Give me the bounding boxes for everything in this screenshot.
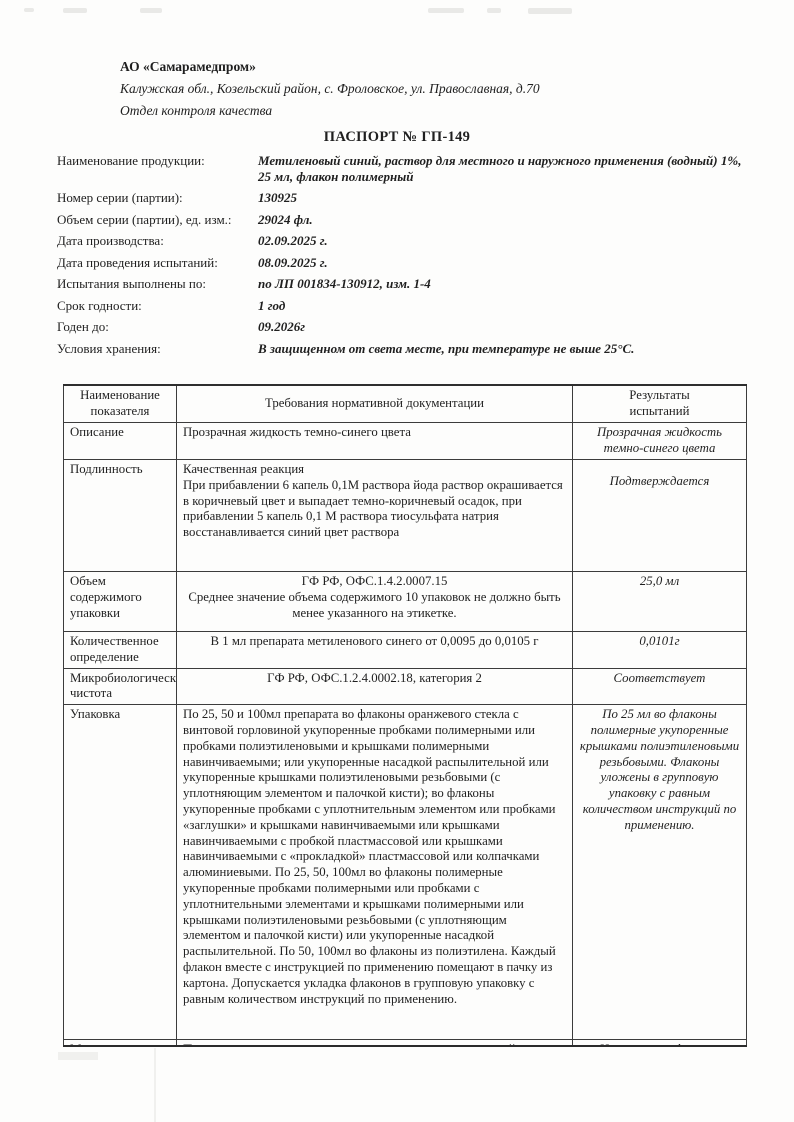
result-text: Подтверждается [573,460,747,572]
indicator-name: Описание [64,423,177,460]
field-label: Номер серии (партии): [57,190,258,206]
table-row-volume: Объем содержимого упаковки ГФ РФ, ОФС.1.… [64,572,747,632]
result-text: 0,0101г [573,632,747,669]
product-fields: Наименование продукции: Метиленовый сини… [57,153,749,362]
company-department: Отдел контроля качества [120,100,720,122]
field-label: Объем серии (партии), ед. изм.: [57,212,258,228]
qc-table-region: Наименование показателя Требования норма… [63,384,747,1047]
scan-artifact [487,8,501,13]
table-header-row: Наименование показателя Требования норма… [64,385,747,423]
field-value: 02.09.2025 г. [258,233,749,249]
scan-artifact [140,8,162,13]
field-label: Испытания выполнены по: [57,276,258,292]
field-value: 08.09.2025 г. [258,255,749,271]
table-row-packaging: Упаковка По 25, 50 и 100мл препарата во … [64,705,747,1040]
field-row: Номер серии (партии): 130925 [57,190,749,206]
field-row: Испытания выполнены по: по ЛП 001834-130… [57,276,749,292]
requirement-text: Качественная реакция При прибавлении 6 к… [177,460,573,572]
indicator-name: Объем содержимого упаковки [64,572,177,632]
field-label: Годен до: [57,319,258,335]
requirement-text: Прозрачная жидкость темно-синего цвета [177,423,573,460]
company-name: АО «Самарамедпром» [120,56,720,78]
field-row: Дата производства: 02.09.2025 г. [57,233,749,249]
scan-artifact [24,8,34,12]
indicator-name: Количественное определение [64,632,177,669]
field-label: Дата производства: [57,233,258,249]
qc-table: Наименование показателя Требования норма… [63,384,747,1047]
col-header-indicator: Наименование показателя [64,385,177,423]
scan-artifact [63,8,87,13]
scan-artifact [428,8,464,13]
field-value: Метиленовый синий, раствор для местного … [258,153,749,184]
field-label: Срок годности: [57,298,258,314]
field-value: 29024 фл. [258,212,749,228]
indicator-name: Микробиологическая чистота [64,668,177,705]
document-title: ПАСПОРТ № ГП-149 [0,129,794,146]
field-label: Дата проведения испытаний: [57,255,258,271]
field-row: Годен до: 09.2026г [57,319,749,335]
field-row: Условия хранения: В защищенном от света … [57,341,749,357]
result-text: По 25 мл во флаконы полимерные укупоренн… [573,705,747,1040]
result-text: 25,0 мл [573,572,747,632]
requirement-text: ГФ РФ, ОФС.1.4.2.0007.15 Среднее значени… [177,572,573,632]
scanned-document-page: АО «Самарамедпром» Калужская обл., Козел… [0,0,794,1122]
field-value: 09.2026г [258,319,749,335]
field-value: по ЛП 001834-130912, изм. 1-4 [258,276,749,292]
requirement-text: ГФ РФ, ОФС.1.2.4.0002.18, категория 2 [177,668,573,705]
col-header-results: Результаты испытаний [573,385,747,423]
field-value: В защищенном от света месте, при темпера… [258,341,749,357]
col-header-requirements: Требования нормативной документации [177,385,573,423]
field-value: 130925 [258,190,749,206]
letterhead: АО «Самарамедпром» Калужская обл., Козел… [120,56,720,122]
field-label: Условия хранения: [57,341,258,357]
result-text: Соответствует [573,668,747,705]
company-address: Калужская обл., Козельский район, с. Фро… [120,78,720,100]
table-row-description: Описание Прозрачная жидкость темно-синег… [64,423,747,460]
indicator-name: Упаковка [64,705,177,1040]
scan-artifact [528,8,572,14]
table-row-microbiology: Микробиологическая чистота ГФ РФ, ОФС.1.… [64,668,747,705]
field-row: Наименование продукции: Метиленовый сини… [57,153,749,184]
requirement-text: В 1 мл препарата метиленового синего от … [177,632,573,669]
scan-artifact [154,1048,156,1122]
field-value: 1 год [258,298,749,314]
table-row-assay: Количественное определение В 1 мл препар… [64,632,747,669]
scan-artifact [58,1052,98,1060]
field-row: Объем серии (партии), ед. изм.: 29024 фл… [57,212,749,228]
result-text: Прозрачная жидкость темно-синего цвета [573,423,747,460]
requirement-text: По 25, 50 и 100мл препарата во флаконы о… [177,705,573,1040]
indicator-name: Подлинность [64,460,177,572]
field-row: Срок годности: 1 год [57,298,749,314]
field-row: Дата проведения испытаний: 08.09.2025 г. [57,255,749,271]
table-row-authenticity: Подлинность Качественная реакция При при… [64,460,747,572]
field-label: Наименование продукции: [57,153,258,169]
page-cut-line [63,1045,747,1047]
